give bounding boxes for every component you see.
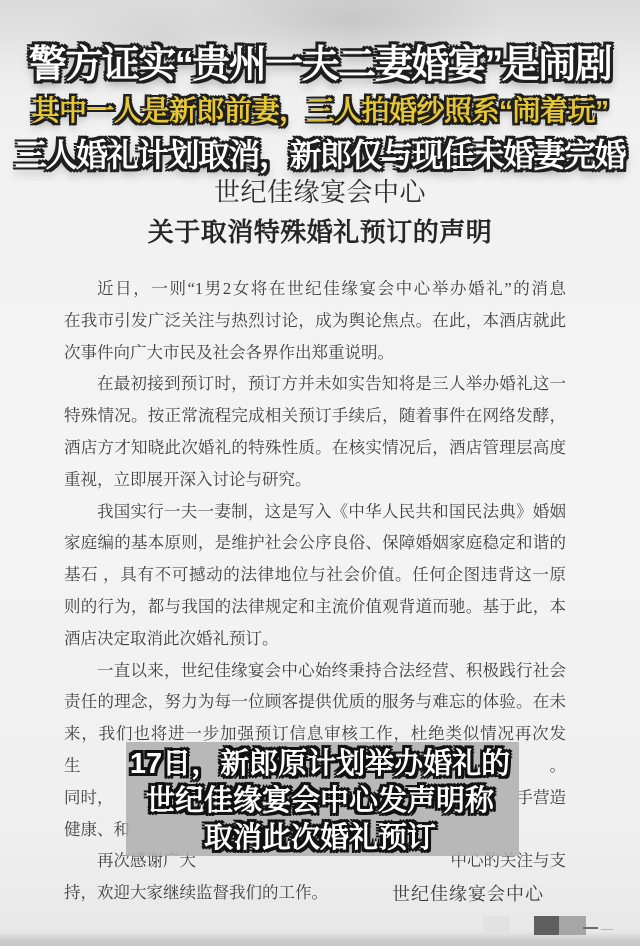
decor-dash xyxy=(583,927,598,929)
news-screenshot: 警方证实“贵州一夫二妻婚宴”是闹剧 其中一人是新郎前妻，三人拍婚纱照系“闹着玩”… xyxy=(0,0,640,946)
body-line: 在最初接到预订时，预订方并未如实告知将是三人举办婚礼这一 xyxy=(64,368,566,400)
body-line: 近日，一则“1男2女将在世纪佳缘宴会中心举办婚礼”的消息 xyxy=(64,273,566,305)
caption-line: 世纪佳缘宴会中心发声明称 xyxy=(0,783,640,820)
doc-signature: 世纪佳缘宴会中心 xyxy=(0,880,640,906)
body-line: 次事件向广大市民及社会各界作出郑重说明。 xyxy=(64,337,566,369)
body-line: 酒店决定取消此次婚礼预订。 xyxy=(64,623,566,655)
headline-line-3: 三人婚礼计划取消，新郎仅与现任未婚妻完婚 xyxy=(0,132,640,178)
headline-line-1: 警方证实“贵州一夫二妻婚宴”是闹剧 xyxy=(0,40,640,90)
body-line: 基石 ，具有不可撼动的法律地位与社会价值。任何企图违背这一原 xyxy=(64,559,566,591)
body-line: 责任的理念，努力为每一位顾客提供优质的服务与难忘的体验。在未 xyxy=(64,686,566,718)
doc-title: 关于取消特殊婚礼预订的声明 xyxy=(0,212,640,249)
body-line: 一直以来，世纪佳缘宴会中心始终秉持合法经营、积极践行社会 xyxy=(64,655,566,687)
headline-line-2: 其中一人是新郎前妻，三人拍婚纱照系“闹着玩” xyxy=(0,90,640,132)
body-line: 则的行为，都与我国的法律规定和主流价值观背道而驰。基于此，本 xyxy=(64,591,566,623)
body-line: 酒店方才知晓此次婚礼的特殊性质。在核实情况后，酒店管理层高度 xyxy=(64,432,566,464)
body-line: 特殊情况。按正常流程完成相关预订手续后，随着事件在网络发酵， xyxy=(64,400,566,432)
caption-line: 17日，新郎原计划举办婚礼的 xyxy=(0,746,640,783)
decor-block-light xyxy=(483,916,510,935)
decor-dash xyxy=(601,929,613,930)
body-line: 在我市引发广泛关注与热烈讨论，成为舆论焦点。在此，本酒店就此 xyxy=(64,305,566,337)
decor-block-dark xyxy=(534,916,559,935)
body-line: 我国实行一夫一妻制，这是写入《中华人民共和国民法典》婚姻 xyxy=(64,496,566,528)
headline-banner: 警方证实“贵州一夫二妻婚宴”是闹剧 其中一人是新郎前妻，三人拍婚纱照系“闹着玩”… xyxy=(0,40,640,178)
caption-line: 取消此次婚礼预订 xyxy=(0,820,640,857)
caption-overlay-text: 17日，新郎原计划举办婚礼的 世纪佳缘宴会中心发声明称 取消此次婚礼预订 xyxy=(0,746,640,857)
decor-block-mid xyxy=(559,916,586,935)
body-line: 家庭编的基本原则，是维护社会公序良俗、保障婚姻家庭稳定和谐的 xyxy=(64,527,566,559)
body-line: 重视，立即展开深入讨论与研究。 xyxy=(64,464,566,496)
